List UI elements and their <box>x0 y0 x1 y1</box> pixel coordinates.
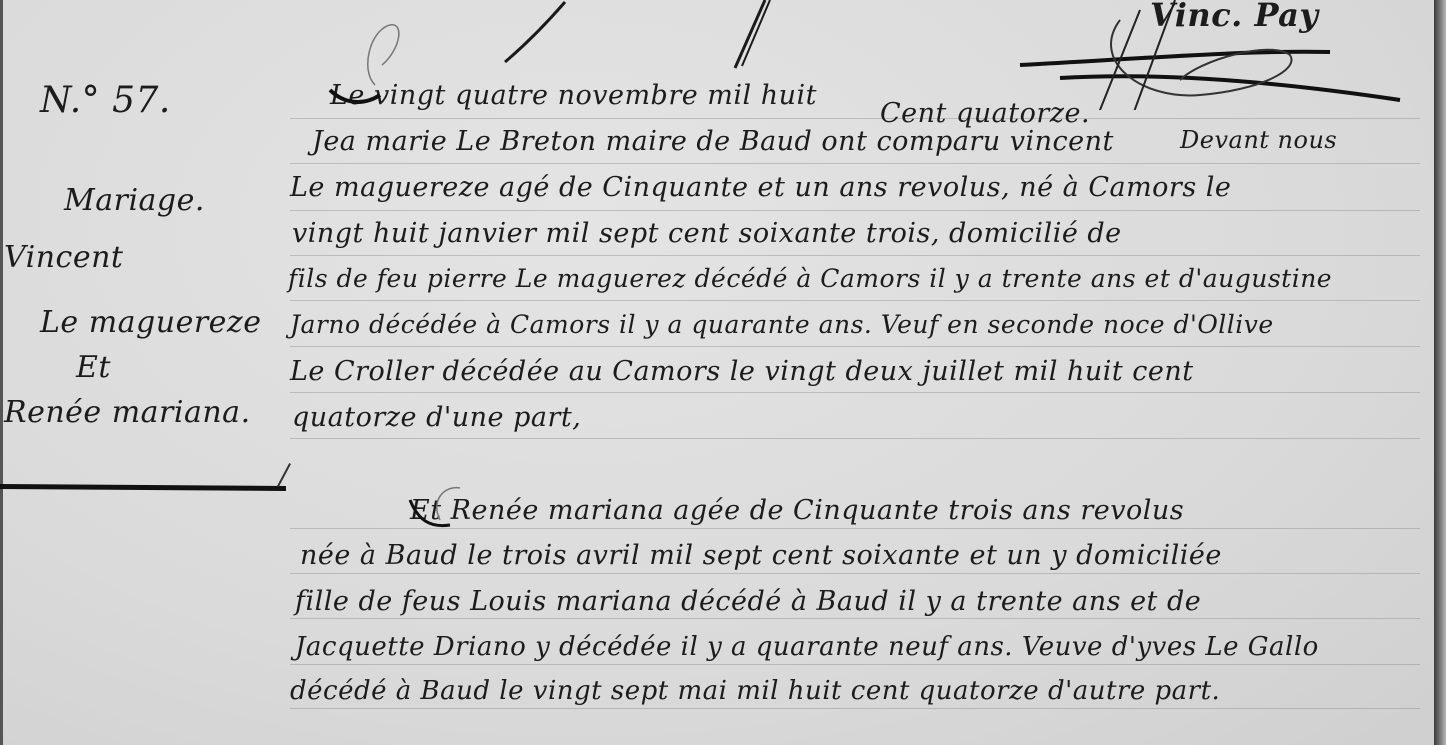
register-page: Vinc. Pay N.° 57. Mariage. Vincent Le ma… <box>0 0 1446 745</box>
ruled-line <box>290 300 1420 301</box>
body-line-8: quatorze d'une part, <box>292 402 581 433</box>
body-line-6: Jarno décédée à Camors il y a quarante a… <box>290 310 1274 339</box>
body-line-4: vingt huit janvier mil sept cent soixant… <box>292 218 1122 249</box>
body-line-9: Et Renée mariana agée de Cinquante trois… <box>410 495 1184 526</box>
body-line-1-far-right: Devant nous <box>1180 126 1337 154</box>
entry-number: N.° 57. <box>40 80 171 121</box>
ruled-line <box>290 664 1420 665</box>
record-type: Mariage. <box>64 183 205 218</box>
ruled-line <box>290 392 1420 393</box>
ruled-line <box>290 573 1420 574</box>
ruled-line <box>290 438 1420 439</box>
capital-et-flourish <box>400 480 480 540</box>
signature: Vinc. Pay <box>1150 0 1318 34</box>
page-left-edge <box>0 0 3 745</box>
body-line-13: décédé à Baud le vingt sept mai mil huit… <box>290 676 1220 706</box>
bride-name: Renée mariana. <box>4 395 251 430</box>
body-line-11: fille de feus Louis mariana décédé à Bau… <box>295 586 1201 617</box>
margin-divider-tick <box>277 463 291 487</box>
body-line-1-continuation: Cent quatorze. <box>880 98 1090 129</box>
capital-l-flourish <box>320 10 410 110</box>
ruled-line <box>290 210 1420 211</box>
ruled-line <box>290 618 1420 619</box>
ruled-line <box>290 118 1420 119</box>
conjunction-et: Et <box>76 350 111 385</box>
ruled-line <box>290 708 1420 709</box>
body-line-10: née à Baud le trois avril mil sept cent … <box>300 540 1222 571</box>
body-line-5: fils de feu pierre Le maguerez décédé à … <box>288 264 1332 293</box>
page-binding-edge <box>1434 0 1446 745</box>
body-line-12: Jacquette Driano y décédée il y a quaran… <box>295 632 1319 662</box>
ruled-line <box>290 163 1420 164</box>
body-line-7: Le Croller décédée au Camors le vingt de… <box>290 356 1194 387</box>
ruled-line <box>290 255 1420 256</box>
body-line-3: Le maguereze agé de Cinquante et un ans … <box>290 172 1231 203</box>
ruled-line <box>290 346 1420 347</box>
top-pen-strokes <box>480 0 880 90</box>
groom-first-name: Vincent <box>4 240 124 275</box>
groom-surname: Le maguereze <box>40 305 261 340</box>
margin-divider-rule <box>0 484 286 491</box>
body-line-2: Jea marie Le Breton maire de Baud ont co… <box>312 126 1114 157</box>
